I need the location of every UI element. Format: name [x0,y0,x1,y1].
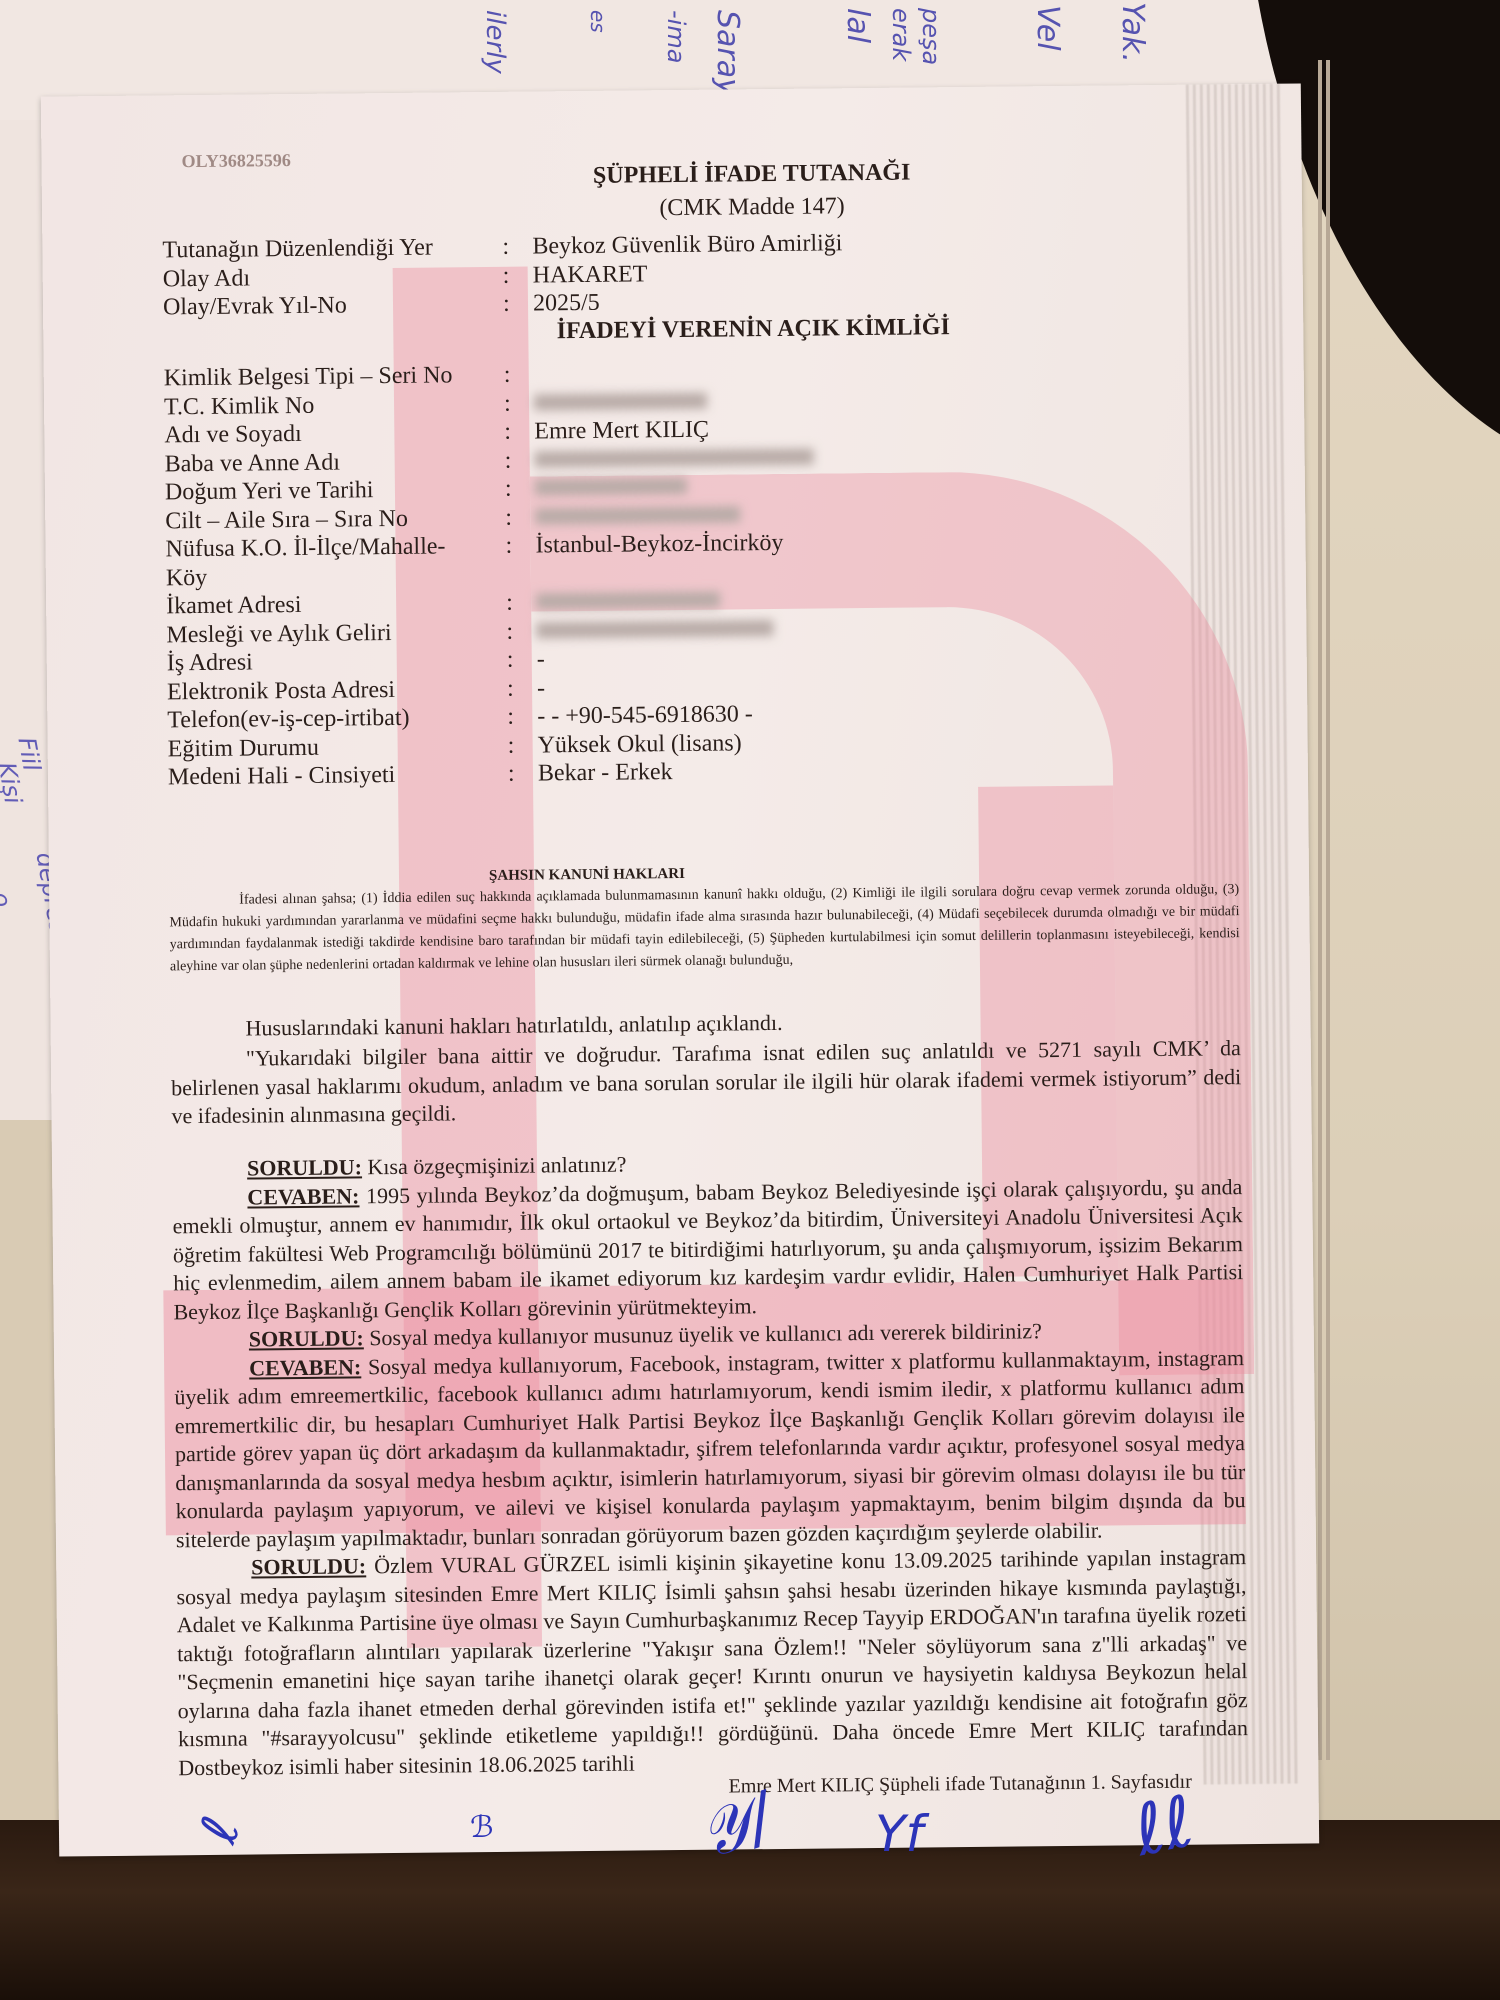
header-fields: Tutanağın Düzenlendiği Yer:Beykoz Güvenl… [162,228,843,321]
question-label: SORULDU: [247,1154,362,1180]
question-label: SORULDU: [251,1553,366,1579]
answer-label: CEVABEN: [247,1183,359,1209]
handwriting-note: ilerly [480,10,510,74]
answer: CEVABEN: 1995 yılında Beykoz’da doğmuşum… [172,1173,1243,1327]
field-row: Nüfusa K.O. İl-İlçe/Mahalle-:İstanbul-Be… [165,528,814,563]
answer: CEVABEN: Sosyal medya kullanıyorum, Face… [174,1344,1246,1555]
field-value: İstanbul-Beykoz-İncirköy [535,528,814,561]
question-label: SORULDU: [249,1325,364,1351]
handwriting-note: lal [840,8,875,43]
question-text: Kısa özgeçmişinizi anlatınız? [367,1152,626,1180]
statement-intro: "Yukarıdaki bilgiler bana aittir ve doğr… [171,1034,1242,1131]
field-value [534,357,813,360]
field-label: Medeni Hali - Cinsiyeti [168,759,508,793]
signature-2: ℬ [470,1810,494,1845]
handwriting-note: Vel [1030,5,1065,51]
handwriting-note: es [586,10,610,33]
identity-fields: Kimlik Belgesi Tipi – Seri No:T.C. Kimli… [164,357,817,791]
handwriting-note: peşa [917,8,945,65]
question-text: Sosyal medya kullanıyor musunuz üyelik v… [369,1318,1042,1350]
question-answer-block: SORULDU: Kısa özgeçmişinizi anlatınız?CE… [172,1144,1249,1782]
handwriting-note: erak [887,8,915,61]
field-value: Bekar - Erkek [538,756,817,789]
handwriting-note: -ima [662,10,690,63]
rights-title: ŞAHSIN KANUNİ HAKLARI [489,865,685,886]
statement-document-page: OLY36825596 ŞÜPHELİ İFADE TUTANAĞI (CMK … [41,83,1319,1856]
question: SORULDU: Özlem VURAL GÜRZEL isimli kişin… [176,1543,1248,1782]
rights-text: İfadesi alınan şahsa; (1) İddia edilen s… [169,879,1240,978]
answer-label: CEVABEN: [249,1354,361,1380]
signature-4: Yf [875,1805,923,1863]
page-footer: Emre Mert KILIÇ Şüpheli ifade Tutanağını… [728,1770,1192,1800]
question-text: Özlem VURAL GÜRZEL isimli kişinin şikaye… [176,1544,1248,1780]
field-row: Medeni Hali - Cinsiyeti:Bekar - Erkek [168,756,817,791]
handwriting-note: Yak. [1115,2,1150,63]
